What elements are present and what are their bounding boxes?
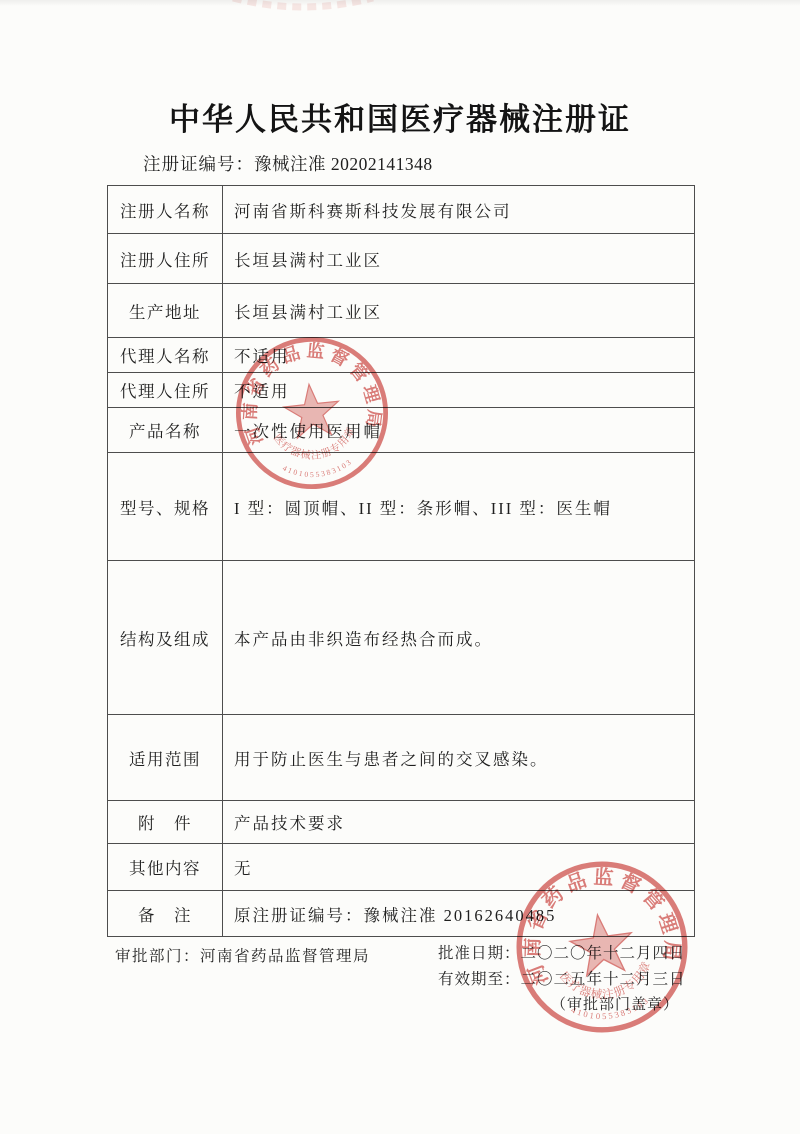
row-label: 备 注	[108, 891, 223, 936]
table-row: 代理人住所 不适用	[108, 373, 694, 408]
row-value: 河南省斯科赛斯科技发展有限公司	[223, 186, 694, 233]
table-row: 结构及组成 本产品由非织造布经热合而成。	[108, 561, 694, 715]
row-label: 生产地址	[108, 284, 223, 337]
row-value: 长垣县满村工业区	[223, 284, 694, 337]
row-value: 本产品由非织造布经热合而成。	[223, 561, 694, 714]
row-label: 附 件	[108, 801, 223, 843]
approval-department-value: 河南省药品监督管理局	[200, 948, 370, 965]
row-label: 结构及组成	[108, 561, 223, 714]
top-stamp-fragment-icon	[228, 0, 378, 16]
table-row: 产品名称 一次性使用医用帽	[108, 408, 694, 453]
registration-number-value: 豫械注准 20202141348	[254, 154, 433, 174]
row-label: 产品名称	[108, 408, 223, 452]
approval-department-label: 审批部门：	[115, 948, 200, 965]
certificate-page: { "certificate": { "title": "中华人民共和国医疗器械…	[0, 0, 800, 1134]
seal-star-icon	[567, 911, 636, 978]
table-row: 附 件 产品技术要求	[108, 801, 694, 844]
row-label: 注册人住所	[108, 234, 223, 283]
row-label: 代理人名称	[108, 338, 223, 372]
row-value: 用于防止医生与患者之间的交叉感染。	[223, 715, 694, 800]
red-seal-icon: 河南省药品监督管理局 医疗器械注册专用章 4101055383103	[500, 845, 703, 1048]
certificate-table: 注册人名称 河南省斯科赛斯科技发展有限公司 注册人住所 长垣县满村工业区 生产地…	[107, 185, 695, 937]
approval-department-line: 审批部门：河南省药品监督管理局	[115, 944, 370, 966]
page-title: 中华人民共和国医疗器械注册证	[0, 94, 800, 139]
table-row: 适用范围 用于防止医生与患者之间的交叉感染。	[108, 715, 694, 801]
row-label: 注册人名称	[108, 186, 223, 233]
row-label: 代理人住所	[108, 373, 223, 407]
row-value: 产品技术要求	[223, 801, 694, 843]
registration-number-line: 注册证编号：豫械注准 20202141348	[143, 151, 433, 176]
seal-star-icon	[282, 381, 342, 439]
table-row: 注册人住所 长垣县满村工业区	[108, 234, 694, 284]
approval-date-label: 批准日期：	[438, 945, 521, 962]
row-label: 型号、规格	[108, 453, 223, 560]
valid-until-label: 有效期至：	[438, 971, 521, 988]
table-row: 注册人名称 河南省斯科赛斯科技发展有限公司	[108, 186, 694, 234]
scan-edge-shadow	[0, 0, 800, 6]
table-row: 生产地址 长垣县满村工业区	[108, 284, 694, 338]
red-seal-icon: 河南省药品监督管理局 医疗器械注册专用章 4101055383103	[224, 325, 400, 501]
row-label: 适用范围	[108, 715, 223, 800]
table-row: 型号、规格 I 型：圆顶帽、II 型：条形帽、III 型：医生帽	[108, 453, 694, 561]
table-row: 代理人名称 不适用	[108, 338, 694, 373]
row-label: 其他内容	[108, 844, 223, 890]
row-value: 长垣县满村工业区	[223, 234, 694, 283]
registration-number-label: 注册证编号：	[143, 154, 254, 174]
